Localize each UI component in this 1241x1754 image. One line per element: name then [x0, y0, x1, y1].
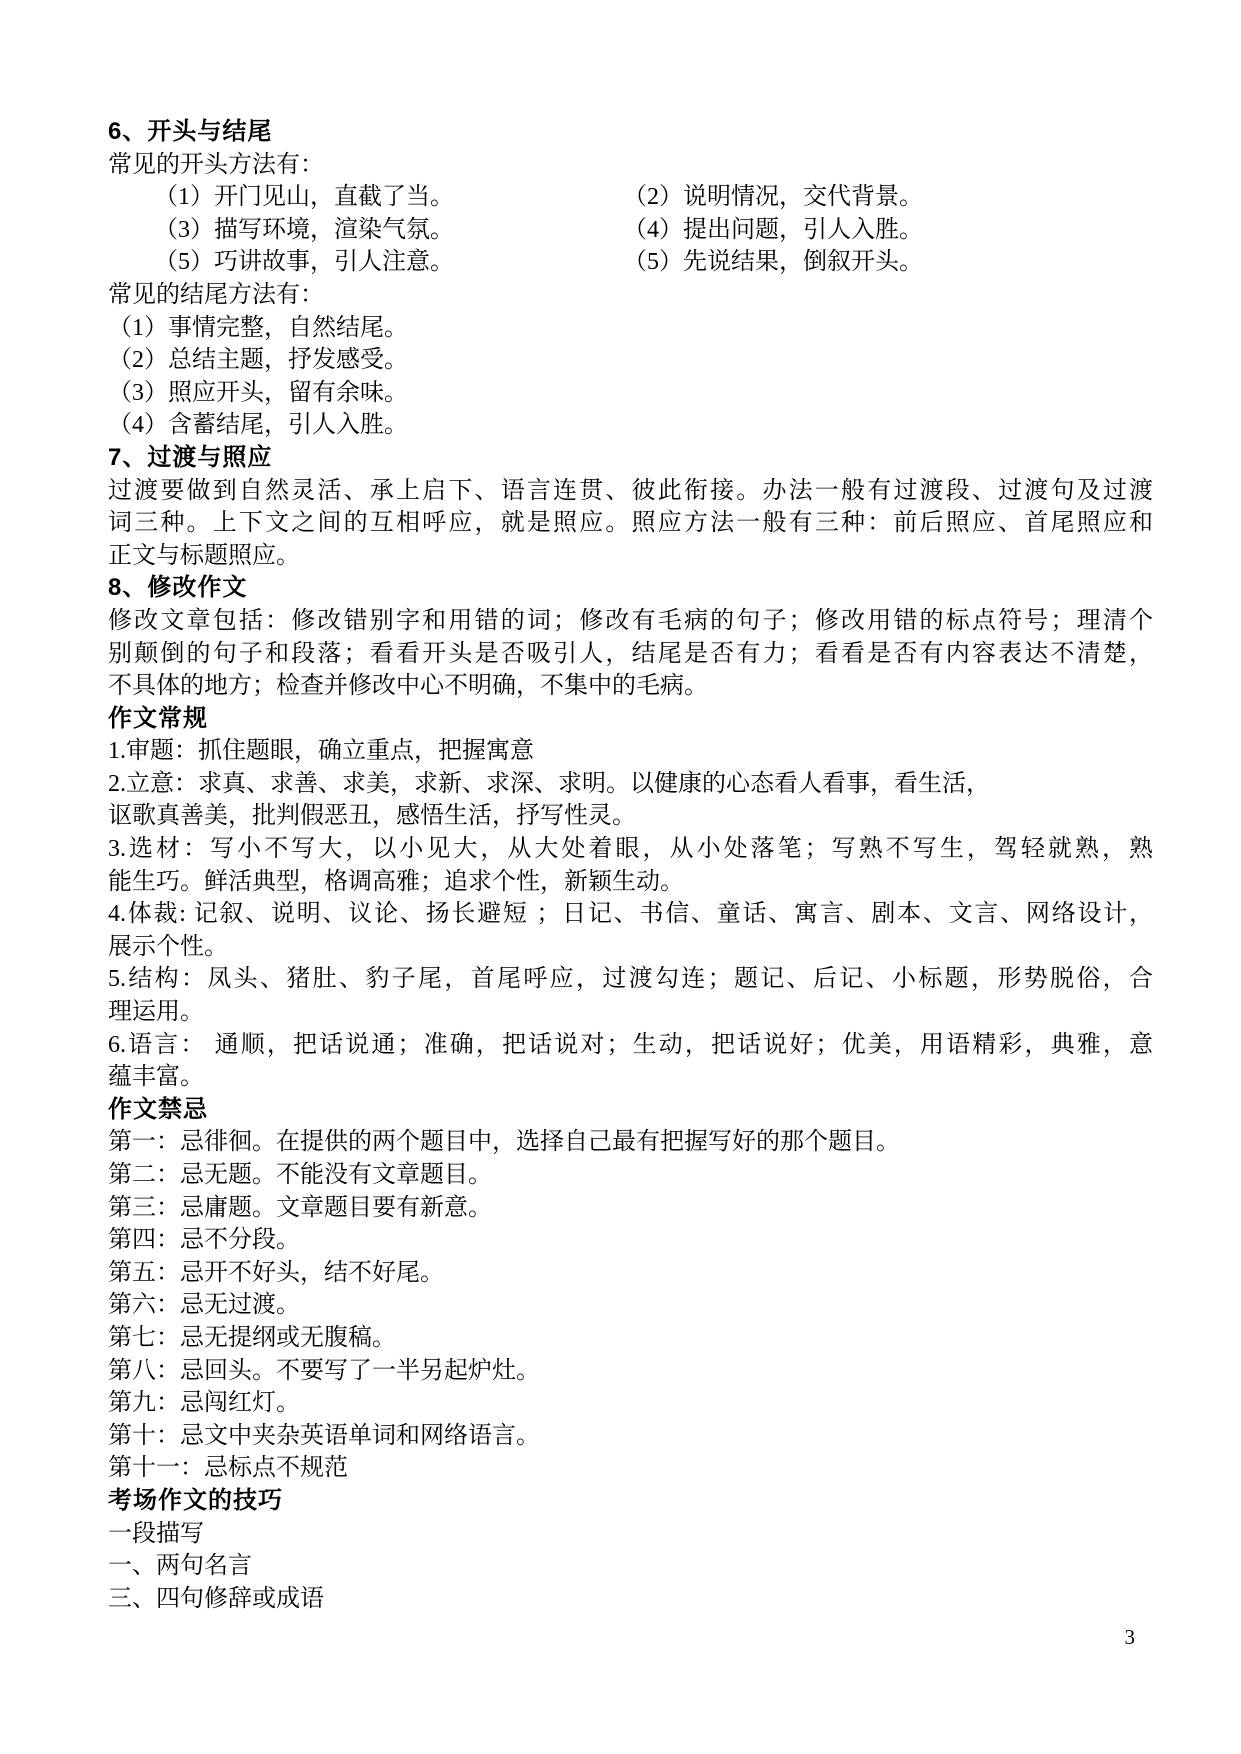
list-item: （5）先说结果，倒叙开头。: [623, 246, 1153, 279]
text-line: （2）总结主题，抒发感受。: [108, 344, 1153, 377]
text-line: 第八：忌回头。不要写了一半另起炉灶。: [108, 1355, 1153, 1388]
text-line: 三、四句修辞或成语: [108, 1583, 1153, 1616]
two-column-row: （3）描写环境，渲染气氛。（4）提出问题，引人入胜。: [108, 214, 1153, 247]
list-item: （1）开门见山，直截了当。: [154, 181, 623, 214]
text-line: 3.选材：写小不写大，以小见大，从大处着眼，从小处落笔；写熟不写生，驾轻就熟，熟: [108, 833, 1153, 866]
two-column-row: （5）巧讲故事，引人注意。（5）先说结果，倒叙开头。: [108, 246, 1153, 279]
list-item: （4）提出问题，引人入胜。: [623, 214, 1153, 247]
text-line: 修改文章包括：修改错别字和用错的词；修改有毛病的句子；修改用错的标点符号；理清个: [108, 605, 1153, 638]
text-line: 第十：忌文中夹杂英语单词和网络语言。: [108, 1420, 1153, 1453]
document-page: 6、开头与结尾常见的开头方法有：（1）开门见山，直截了当。（2）说明情况，交代背…: [0, 0, 1241, 1754]
text-line: 5.结构：凤头、猪肚、豹子尾，首尾呼应，过渡勾连；题记、后记、小标题，形势脱俗，…: [108, 963, 1153, 996]
text-line: 第六：忌无过渡。: [108, 1289, 1153, 1322]
text-line: 第三：忌庸题。文章题目要有新意。: [108, 1192, 1153, 1225]
text-line: 讴歌真善美，批判假恶丑，感悟生活，抒写性灵。: [108, 800, 1153, 833]
text-line: 一段描写: [108, 1518, 1153, 1551]
text-line: 第五：忌开不好头，结不好尾。: [108, 1257, 1153, 1290]
text-line: 过渡要做到自然灵活、承上启下、语言连贯、彼此衔接。办法一般有过渡段、过渡句及过渡: [108, 475, 1153, 508]
section-heading: 6、开头与结尾: [108, 116, 1153, 149]
text-line: 一、两句名言: [108, 1550, 1153, 1583]
section-heading: 作文常规: [108, 703, 1153, 736]
list-item: （3）描写环境，渲染气氛。: [154, 214, 623, 247]
text-line: 别颠倒的句子和段落；看看开头是否吸引人，结尾是否有力；看看是否有内容表达不清楚，: [108, 638, 1153, 671]
text-line: 不具体的地方；检查并修改中心不明确，不集中的毛病。: [108, 670, 1153, 703]
page-number: 3: [1040, 1624, 1135, 1650]
text-line: 6.语言： 通顺，把话说通；准确，把话说对；生动，把话说好；优美，用语精彩，典雅…: [108, 1029, 1153, 1062]
section-heading: 7、过渡与照应: [108, 442, 1153, 475]
text-line: （4）含蓄结尾，引人入胜。: [108, 409, 1153, 442]
text-line: 第一：忌徘徊。在提供的两个题目中，选择自己最有把握写好的那个题目。: [108, 1126, 1153, 1159]
text-line: 第二：忌无题。不能没有文章题目。: [108, 1159, 1153, 1192]
text-line: （1）事情完整，自然结尾。: [108, 312, 1153, 345]
text-line: 常见的结尾方法有：: [108, 279, 1153, 312]
two-column-row: （1）开门见山，直截了当。（2）说明情况，交代背景。: [108, 181, 1153, 214]
section-heading: 考场作文的技巧: [108, 1485, 1153, 1518]
document-body: 6、开头与结尾常见的开头方法有：（1）开门见山，直截了当。（2）说明情况，交代背…: [108, 116, 1153, 1615]
text-line: 4.体裁: 记叙、说明、议论、扬长避短 ；日记、书信、童话、寓言、剧本、文言、网…: [108, 898, 1153, 931]
text-line: （3）照应开头，留有余味。: [108, 377, 1153, 410]
text-line: 2.立意：求真、求善、求美，求新、求深、求明。以健康的心态看人看事，看生活，: [108, 768, 1153, 801]
text-line: 第九：忌闯红灯。: [108, 1387, 1153, 1420]
text-line: 理运用。: [108, 996, 1153, 1029]
text-line: 第七：忌无提纲或无腹稿。: [108, 1322, 1153, 1355]
text-line: 能生巧。鲜活典型，格调高雅；追求个性，新颖生动。: [108, 866, 1153, 899]
text-line: 第十一：忌标点不规范: [108, 1452, 1153, 1485]
text-line: 蕴丰富。: [108, 1061, 1153, 1094]
text-line: 常见的开头方法有：: [108, 149, 1153, 182]
list-item: （2）说明情况，交代背景。: [623, 181, 1153, 214]
text-line: 1.审题：抓住题眼，确立重点，把握寓意: [108, 735, 1153, 768]
text-line: 第四：忌不分段。: [108, 1224, 1153, 1257]
list-item: （5）巧讲故事，引人注意。: [154, 246, 623, 279]
text-line: 展示个性。: [108, 931, 1153, 964]
section-heading: 8、修改作文: [108, 572, 1153, 605]
text-line: 词三种。上下文之间的互相呼应，就是照应。照应方法一般有三种：前后照应、首尾照应和: [108, 507, 1153, 540]
text-line: 正文与标题照应。: [108, 540, 1153, 573]
section-heading: 作文禁忌: [108, 1094, 1153, 1127]
